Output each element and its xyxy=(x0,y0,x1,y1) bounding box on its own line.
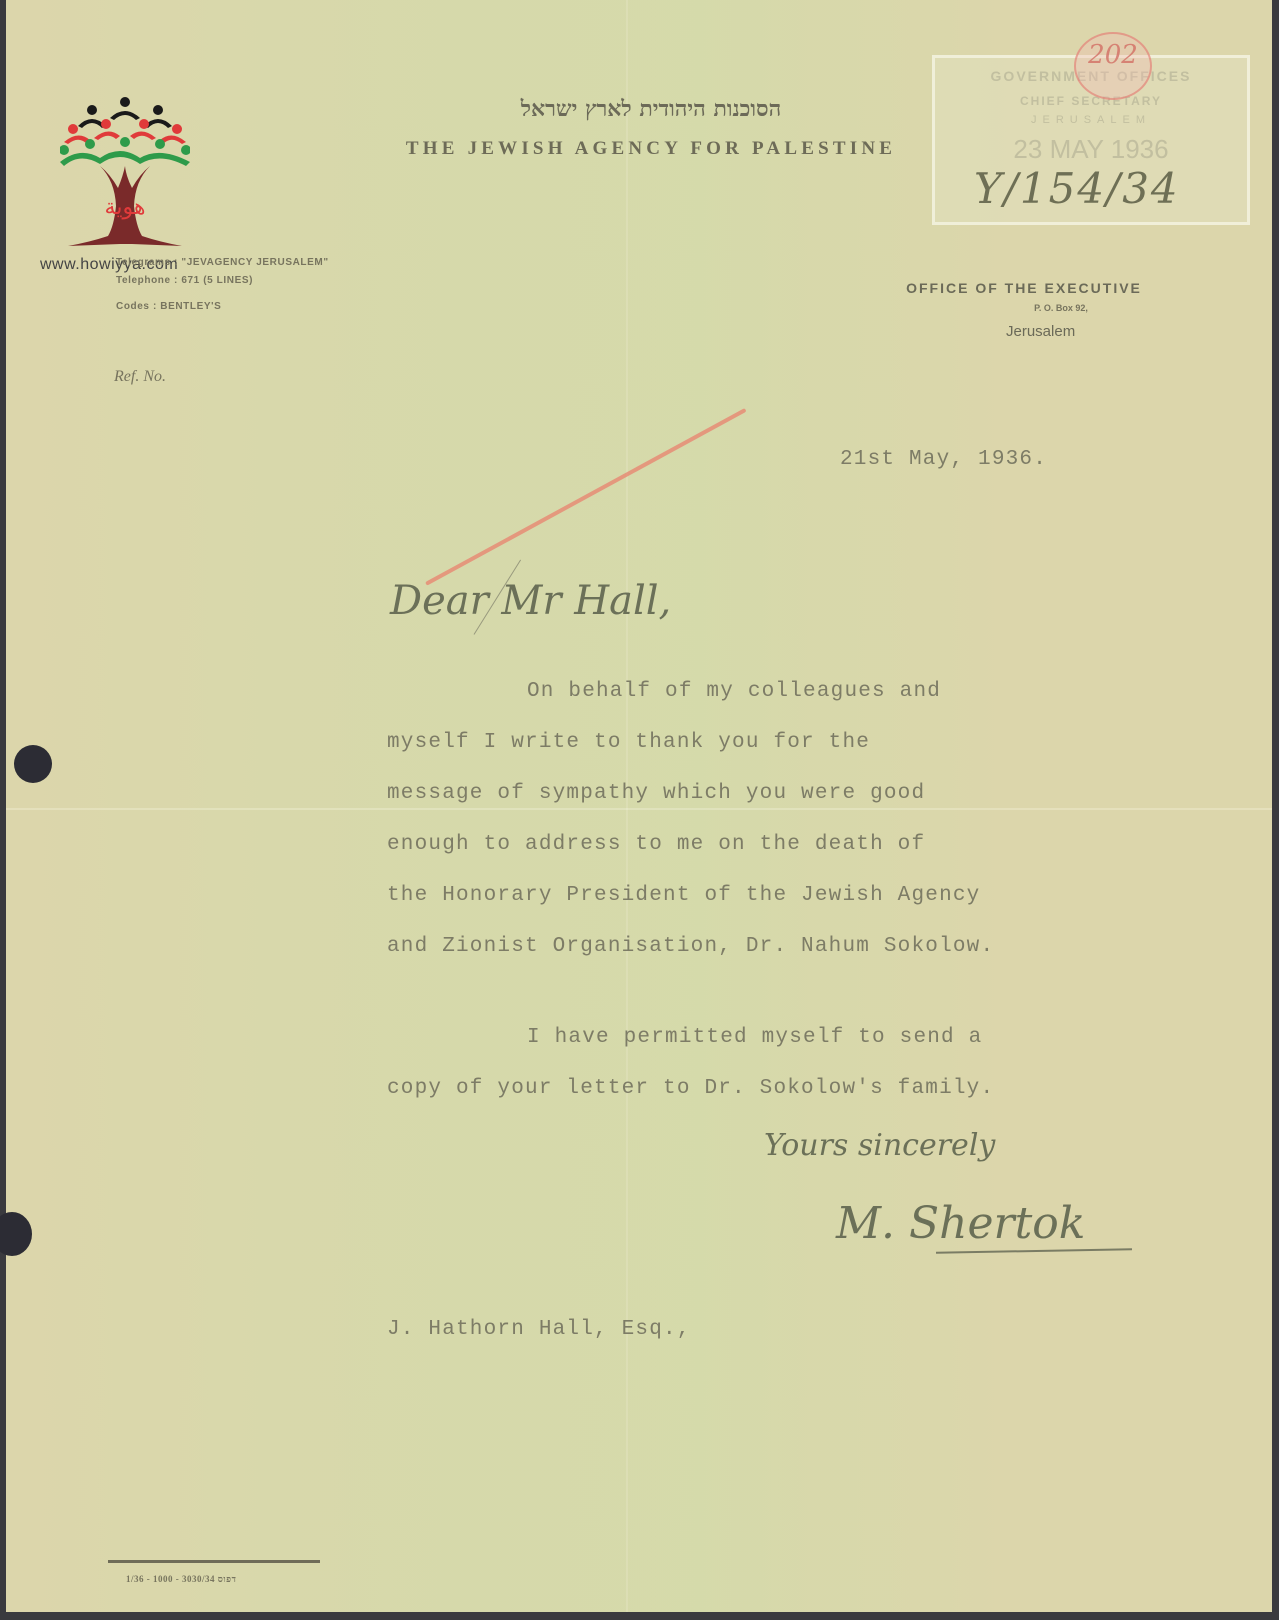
body-line: On behalf of my colleagues and xyxy=(387,666,994,717)
body-line: the Honorary President of the Jewish Age… xyxy=(387,870,994,921)
stamp-line-3: JERUSALEM xyxy=(935,114,1247,126)
addressee: J. Hathorn Hall, Esq., xyxy=(387,1318,691,1341)
punch-hole xyxy=(0,1212,32,1256)
body-line: myself I write to thank you for the xyxy=(387,717,994,768)
body-line: copy of your letter to Dr. Sokolow's fam… xyxy=(387,1063,994,1114)
body-paragraph-1: On behalf of my colleagues and myself I … xyxy=(387,666,994,972)
print-code: 1/36 - 1000 - 3030/34 דפוס xyxy=(126,1574,236,1584)
letterhead-contact-block: Telegrams : "JEVAGENCY JERUSALEM" Teleph… xyxy=(116,250,329,320)
stamp-line-2: CHIEF SECRETARY xyxy=(935,94,1247,108)
codes-line: Codes : BENTLEY'S xyxy=(116,294,329,320)
folio-number: 202 xyxy=(1078,40,1148,70)
signature-underline xyxy=(936,1248,1132,1253)
closing: Yours sincerely xyxy=(764,1128,995,1163)
letter-date: 21st May, 1936. xyxy=(840,448,1047,471)
body-paragraph-2: I have permitted myself to send a copy o… xyxy=(387,1012,994,1114)
office-title: OFFICE OF THE EXECUTIVE xyxy=(874,280,1174,296)
body-line: I have permitted myself to send a xyxy=(387,1012,994,1063)
body-line: message of sympathy which you were good xyxy=(387,768,994,819)
svg-text:هوية: هوية xyxy=(105,195,146,220)
hebrew-organization-name: הסוכנות היהודית לארץ ישראל xyxy=(476,96,826,122)
punch-hole xyxy=(14,745,52,783)
signature: M. Shertok xyxy=(836,1198,1085,1249)
po-box: P. O. Box 92, xyxy=(874,303,1174,313)
footer-rule xyxy=(108,1560,320,1563)
organization-name: THE JEWISH AGENCY FOR PALESTINE xyxy=(386,138,916,160)
body-line: and Zionist Organisation, Dr. Nahum Soko… xyxy=(387,921,994,972)
body-line: enough to address to me on the death of xyxy=(387,819,994,870)
howiyya-tree-logo-icon: هوية xyxy=(60,96,190,251)
file-reference: Y/154/34 xyxy=(974,164,1180,213)
red-pencil-mark xyxy=(425,408,747,586)
letter-page: هوية www.howiyya.com Telegrams : "JEVAGE… xyxy=(6,0,1272,1612)
city: Jerusalem xyxy=(1006,323,1075,340)
stamp-date: 23 MAY 1936 xyxy=(935,134,1247,165)
salutation: Dear Mr Hall, xyxy=(390,578,671,624)
ref-number-label: Ref. No. xyxy=(114,368,166,386)
